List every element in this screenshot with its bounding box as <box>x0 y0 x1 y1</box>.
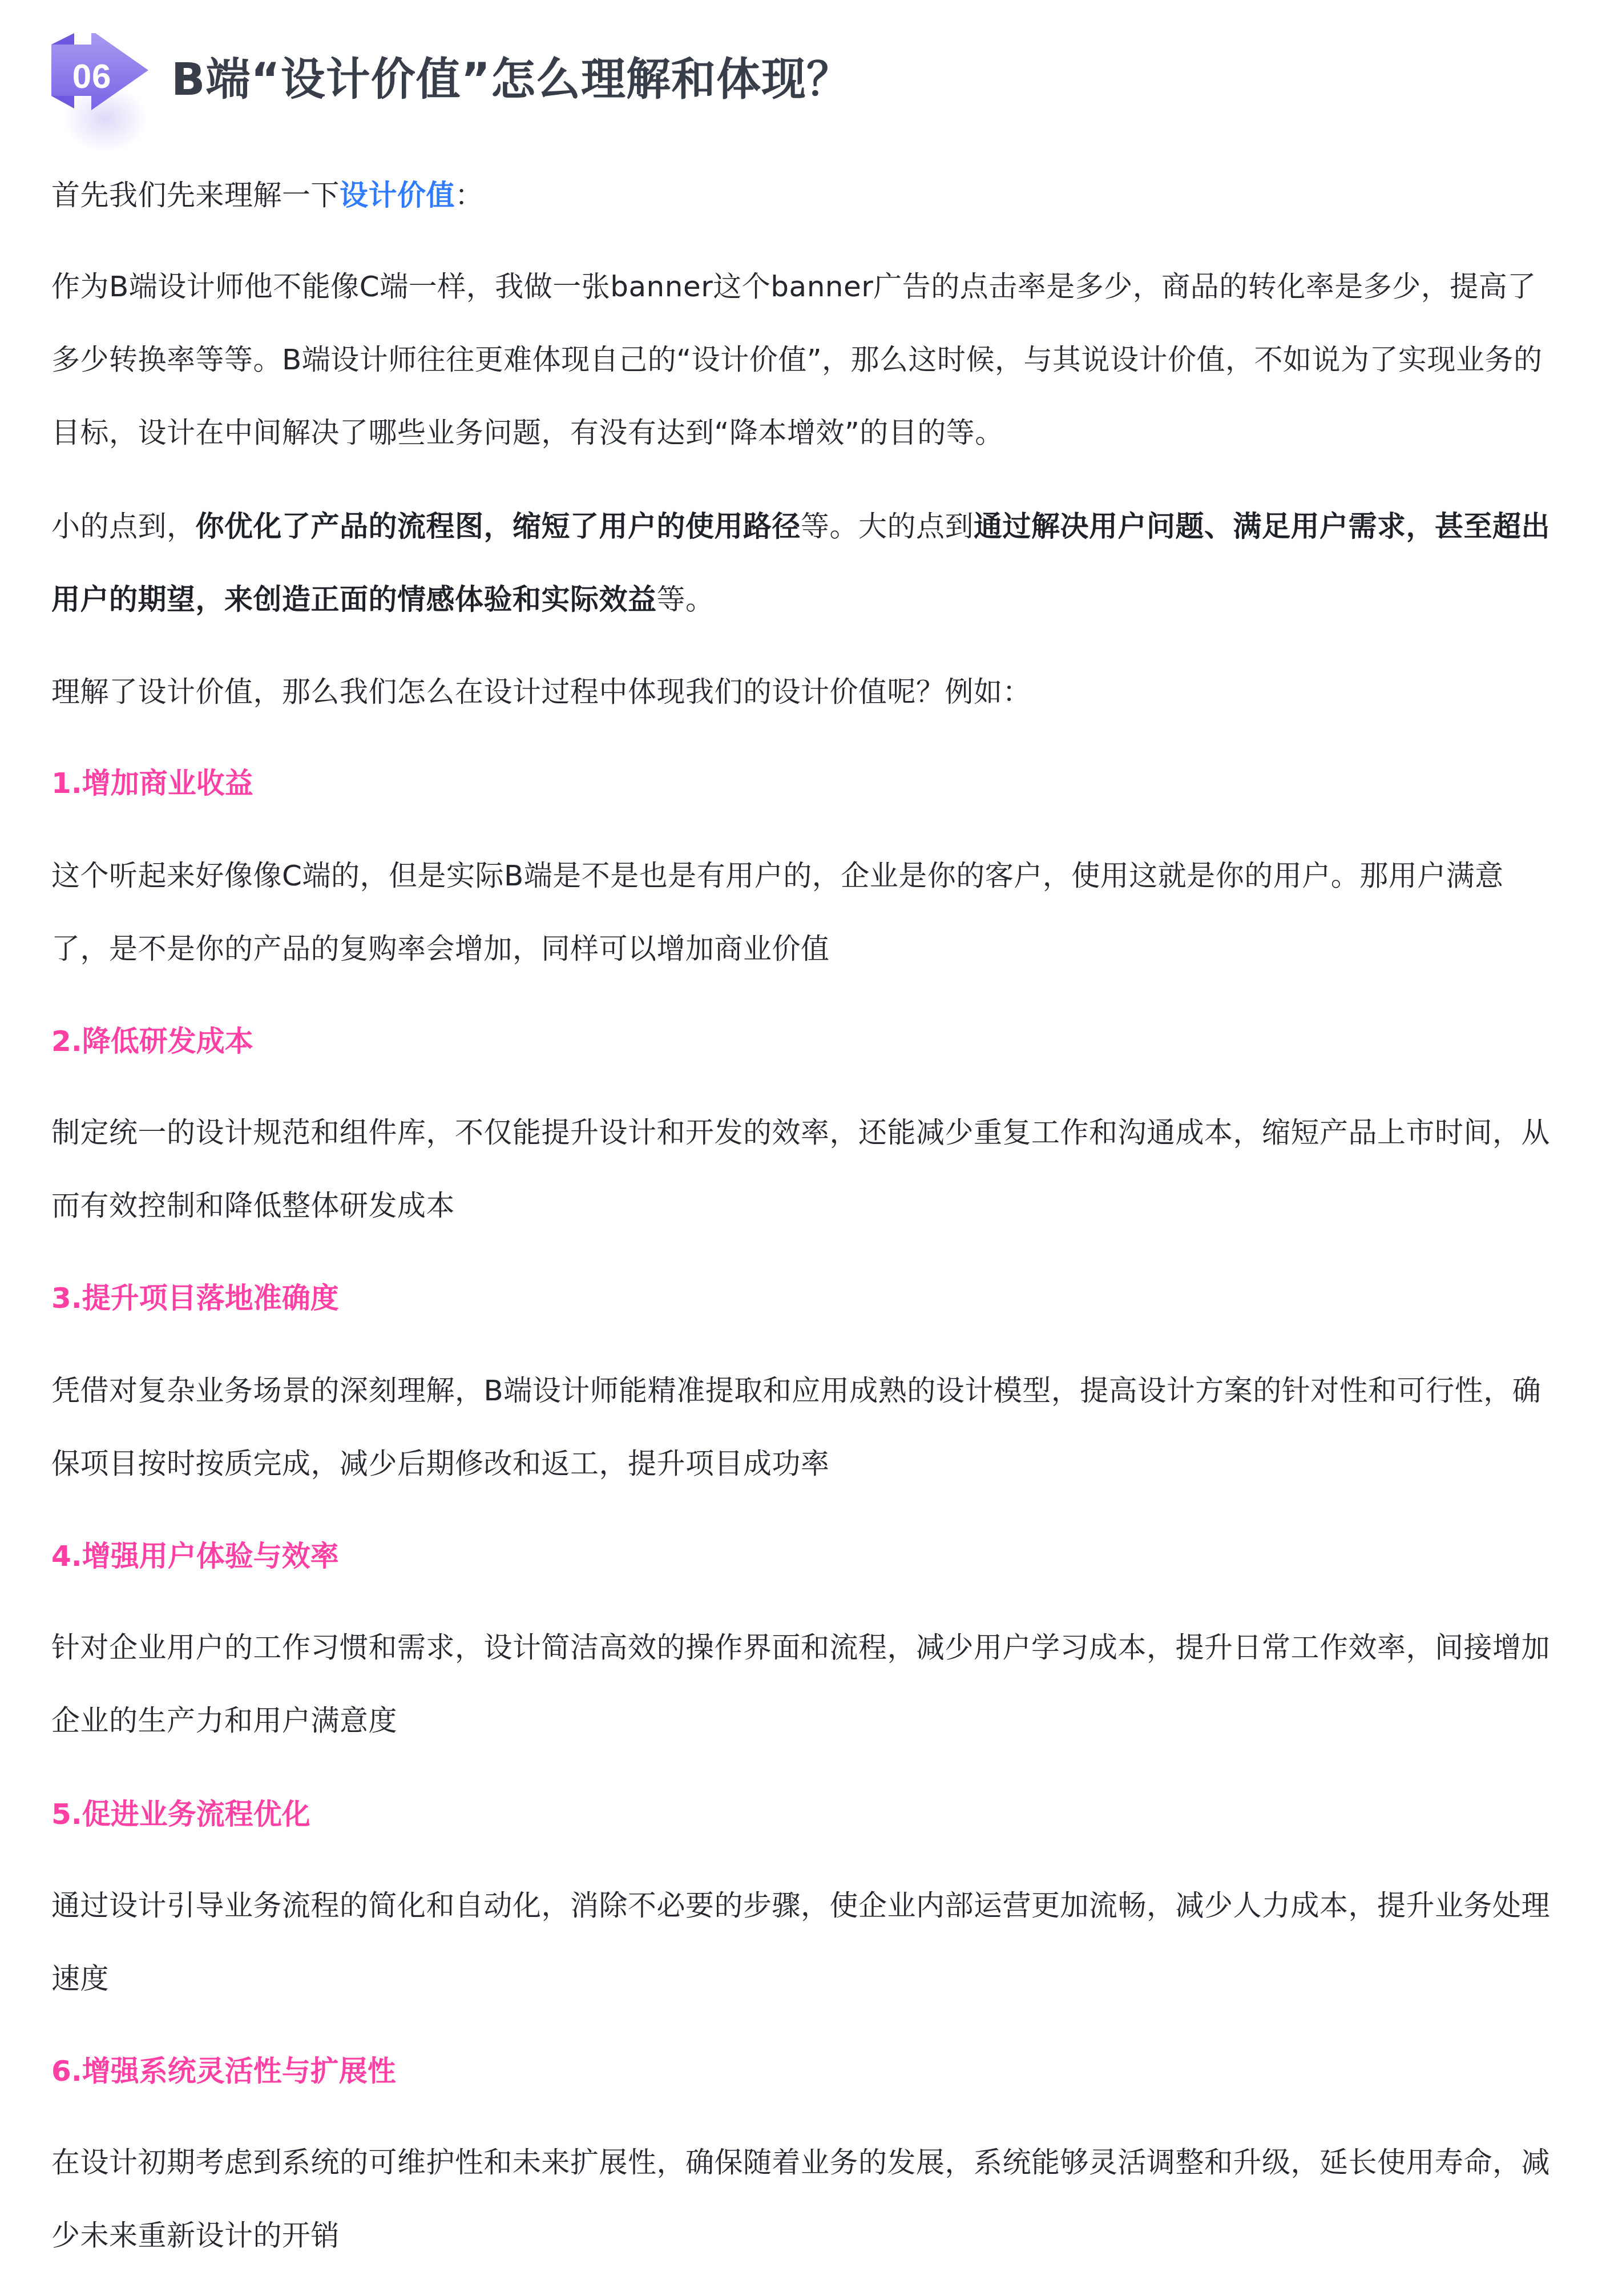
section-heading-4: 4.增强用户体验与效率 <box>51 1533 339 1579</box>
section-body-1: 这个听起来好像像C端的，但是实际B端是不是也是有用户的，企业是你的客户，使用这就… <box>51 839 1558 985</box>
section-body-5: 通过设计引导业务流程的简化和自动化，消除不必要的步骤，使企业内部运营更加流畅，减… <box>51 1869 1558 2015</box>
page-title: B端“设计价值”怎么理解和体现？ <box>171 44 852 108</box>
p2-text-1: 小的点到， <box>51 510 196 543</box>
section-body-3: 凭借对复杂业务场景的深刻理解，B端设计师能精准提取和应用成熟的设计模型，提高设计… <box>51 1354 1558 1500</box>
intro-lead-text: 首先我们先来理解一下 <box>51 179 340 212</box>
section-header: 06 B端“设计价值”怎么理解和体现？ <box>51 33 852 119</box>
intro-lead-colon: ： <box>455 179 484 212</box>
badge-number: 06 <box>55 33 129 119</box>
p2-text-3: 等。 <box>657 583 715 616</box>
p2-bold-1: 你优化了产品的流程图，缩短了用户的使用路径 <box>196 510 801 543</box>
section-heading-5: 5.促进业务流程优化 <box>51 1791 310 1837</box>
p2-text-2: 等。大的点到 <box>801 510 974 543</box>
design-value-link[interactable]: 设计价值 <box>340 179 455 212</box>
intro-paragraph-2: 小的点到，你优化了产品的流程图，缩短了用户的使用路径等。大的点到通过解决用户问题… <box>51 490 1558 636</box>
section-body-6: 在设计初期考虑到系统的可维护性和未来扩展性，确保随着业务的发展，系统能够灵活调整… <box>51 2126 1558 2272</box>
intro-lead: 首先我们先来理解一下设计价值： <box>51 159 1558 232</box>
section-heading-3: 3.提升项目落地准确度 <box>51 1275 339 1321</box>
section-heading-1: 1.增加商业收益 <box>51 760 253 806</box>
section-heading-6: 6.增强系统灵活性与扩展性 <box>51 2048 396 2094</box>
section-body-4: 针对企业用户的工作习惯和需求，设计简洁高效的操作界面和流程，减少用户学习成本，提… <box>51 1611 1558 1757</box>
intro-paragraph-3: 理解了设计价值，那么我们怎么在设计过程中体现我们的设计价值呢？例如： <box>51 655 1558 728</box>
section-heading-2: 2.降低研发成本 <box>51 1018 253 1064</box>
section-number-badge: 06 <box>51 33 154 119</box>
section-body-2: 制定统一的设计规范和组件库，不仅能提升设计和开发的效率，还能减少重复工作和沟通成… <box>51 1096 1558 1242</box>
intro-paragraph-1: 作为B端设计师他不能像C端一样，我做一张banner这个banner广告的点击率… <box>51 250 1558 469</box>
